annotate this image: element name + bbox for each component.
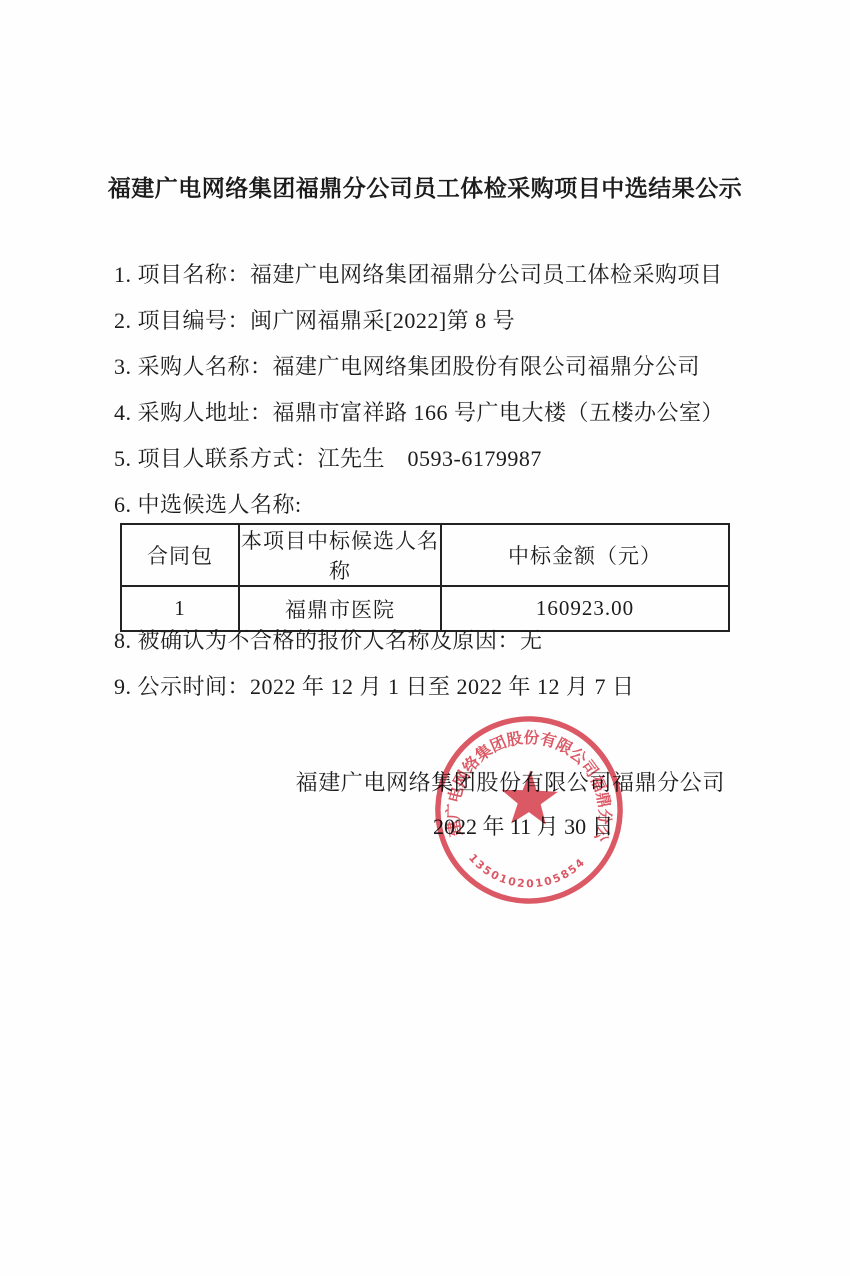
document-title: 福建广电网络集团福鼎分公司员工体检采购项目中选结果公示 xyxy=(0,170,850,203)
list-item-disqualified: 8. 被确认为不合格的报价人名称及原因：无 xyxy=(114,618,790,664)
table-header-candidate-name: 本项目中标候选人名称 xyxy=(239,524,441,586)
items-list-bottom: 8. 被确认为不合格的报价人名称及原因：无 9. 公示时间：2022 年 12 … xyxy=(114,618,790,710)
table-header-contract-package: 合同包 xyxy=(121,524,239,586)
table-header-bid-amount: 中标金额（元） xyxy=(441,524,729,586)
official-seal-stamp: 福建广电网络集团股份有限公司福鼎分公司 13501020105854 xyxy=(427,708,632,913)
list-item-project-name: 1. 项目名称：福建广电网络集团福鼎分公司员工体检采购项目 xyxy=(114,252,790,298)
items-list-top: 1. 项目名称：福建广电网络集团福鼎分公司员工体检采购项目 2. 项目编号：闽广… xyxy=(114,252,790,528)
list-item-project-number: 2. 项目编号：闽广网福鼎采[2022]第 8 号 xyxy=(114,298,790,344)
document-page: 福建广电网络集团福鼎分公司员工体检采购项目中选结果公示 1. 项目名称：福建广电… xyxy=(0,0,850,1276)
list-item-candidate-label: 6. 中选候选人名称: xyxy=(114,482,790,528)
list-item-contact: 5. 项目人联系方式：江先生 0593-6179987 xyxy=(114,436,790,482)
stamp-star-icon xyxy=(500,769,558,825)
list-item-purchaser-addr: 4. 采购人地址：福鼎市富祥路 166 号广电大楼（五楼办公室） xyxy=(114,390,790,436)
table-header-row: 合同包 本项目中标候选人名称 中标金额（元） xyxy=(121,524,729,586)
list-item-purchaser-name: 3. 采购人名称：福建广电网络集团股份有限公司福鼎分公司 xyxy=(114,344,790,390)
candidates-table: 合同包 本项目中标候选人名称 中标金额（元） 1 福鼎市医院 160923.00 xyxy=(120,523,730,632)
list-item-publicity-period: 9. 公示时间：2022 年 12 月 1 日至 2022 年 12 月 7 日 xyxy=(114,664,790,710)
